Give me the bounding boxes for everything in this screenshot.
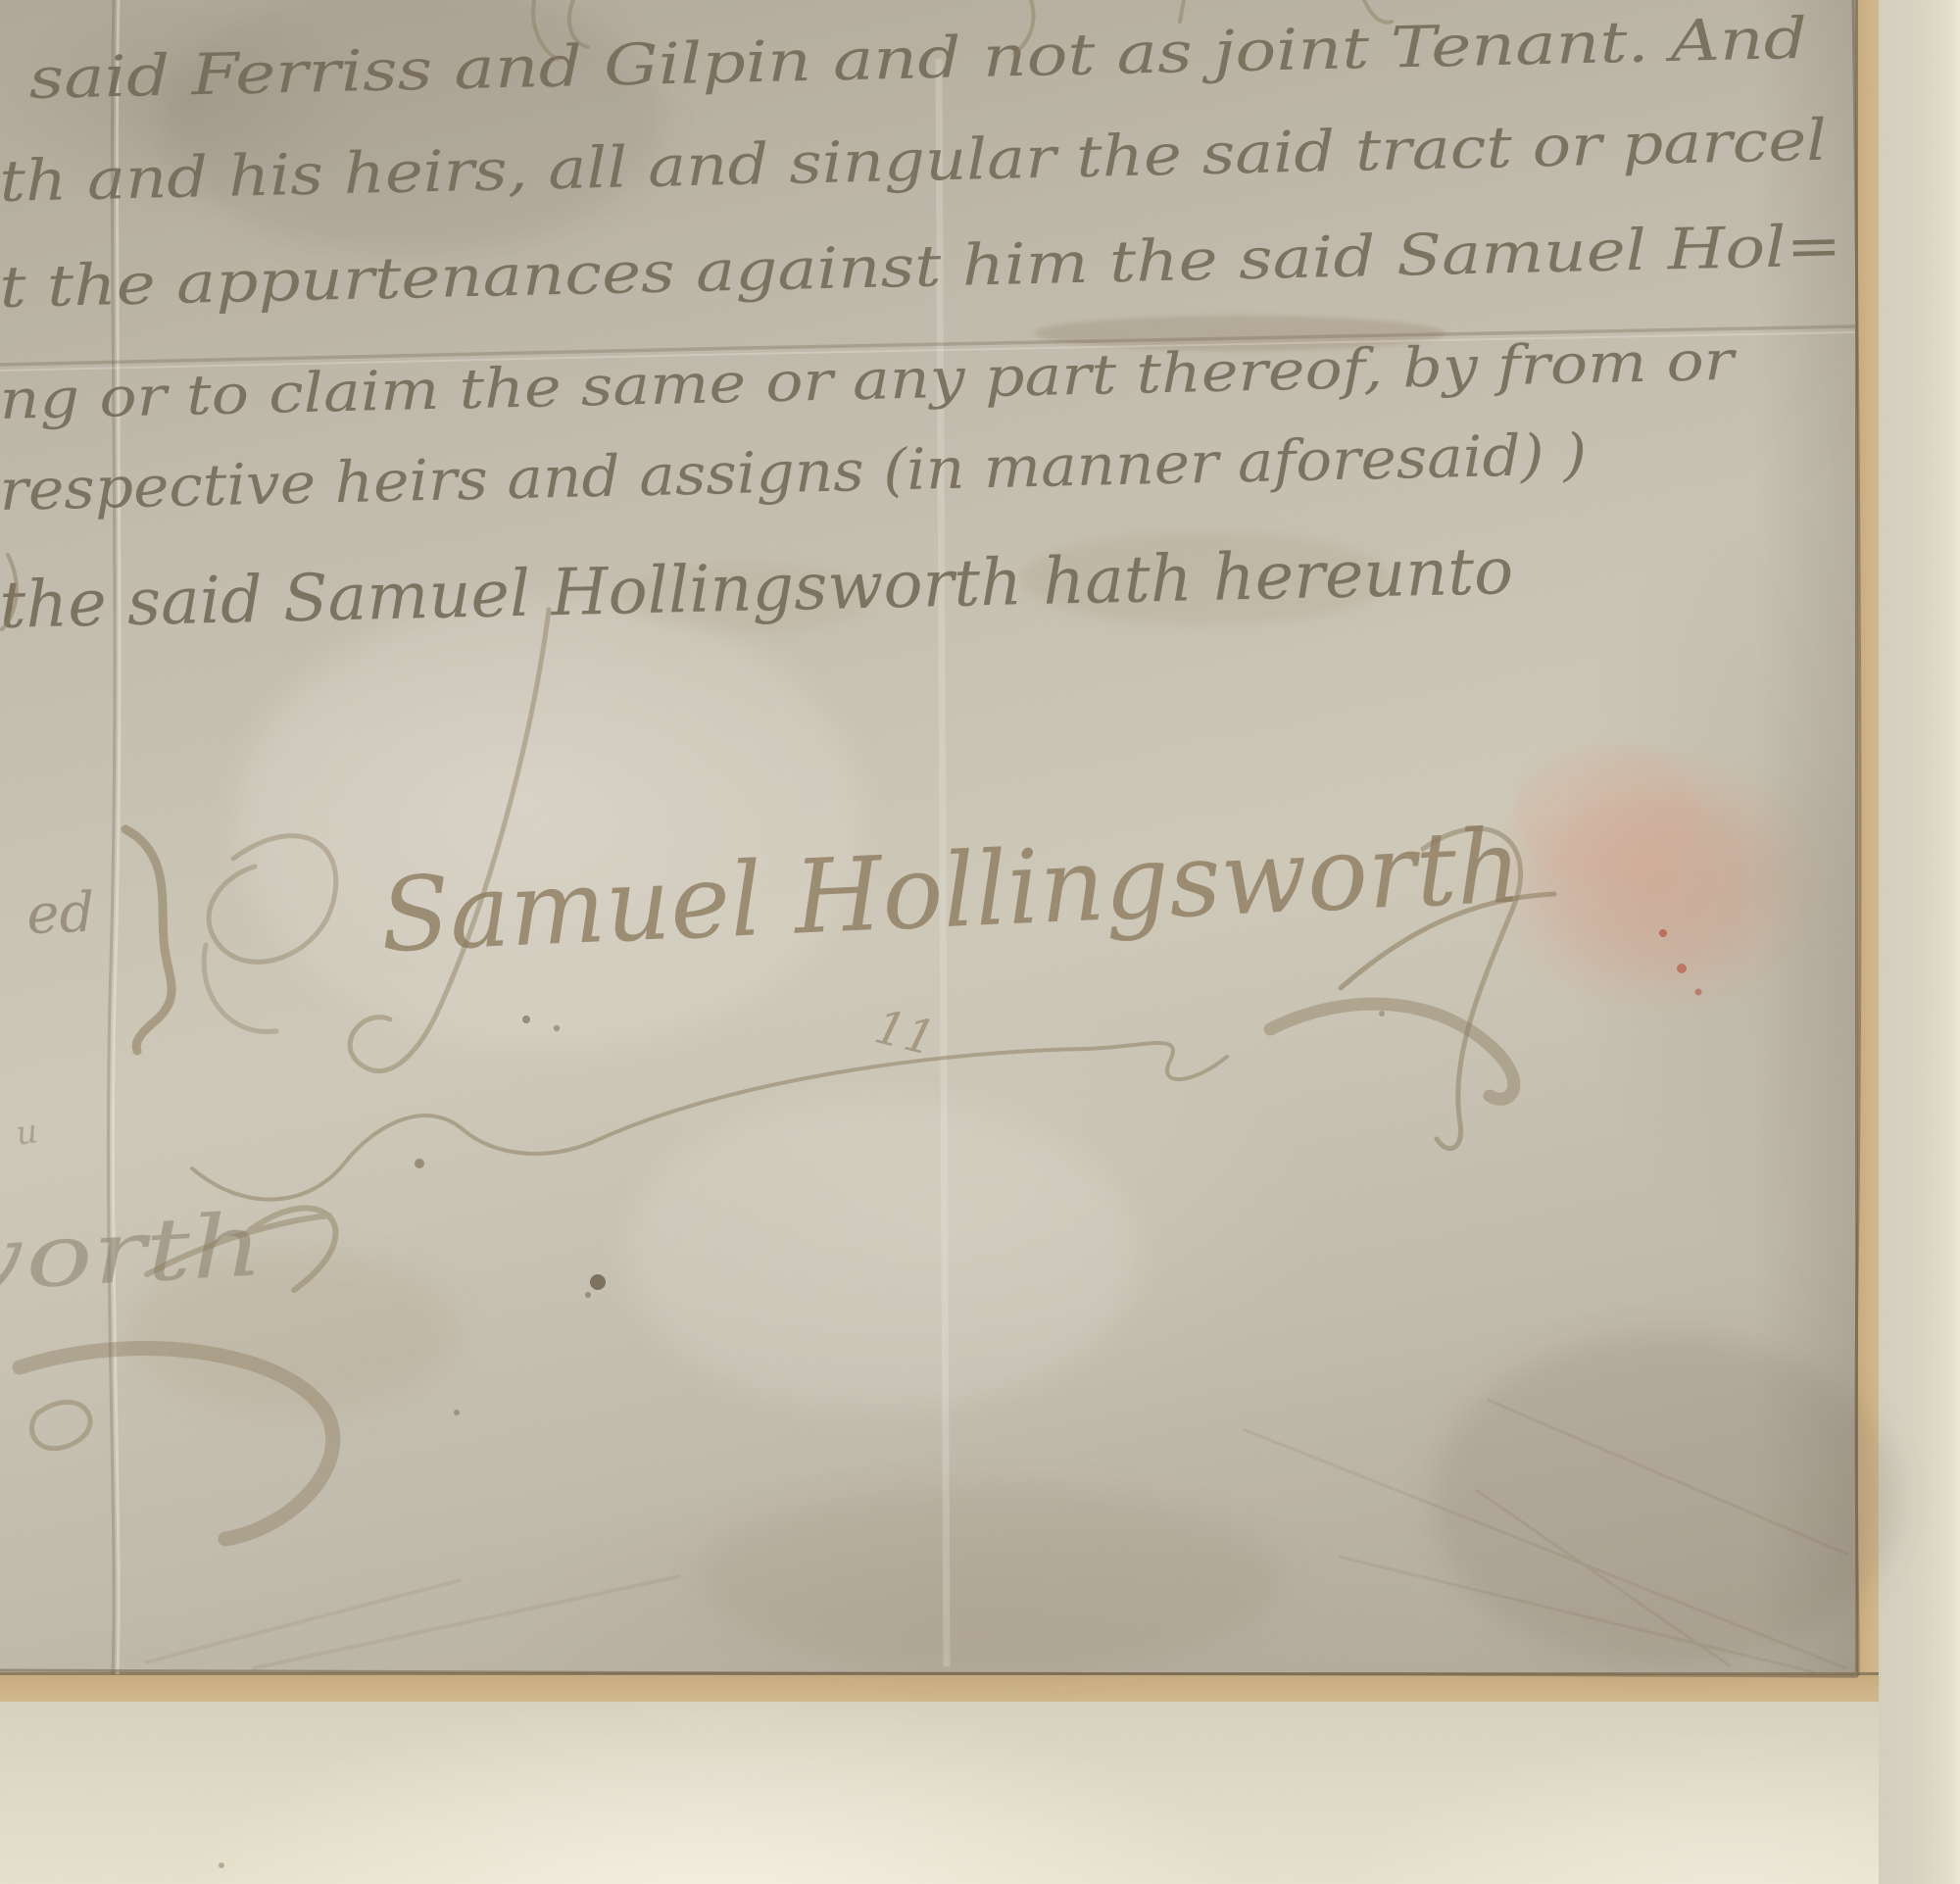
mat-grain-texture-right [1855,0,1960,1884]
paper-grain-texture [0,0,1855,1678]
mat-grain-texture-bottom [0,1678,1855,1884]
framed-document-photo: said Ferriss and Gilpin and not as joint… [0,0,1960,1884]
manuscript-overlay: said Ferriss and Gilpin and not as joint… [0,0,1960,1884]
